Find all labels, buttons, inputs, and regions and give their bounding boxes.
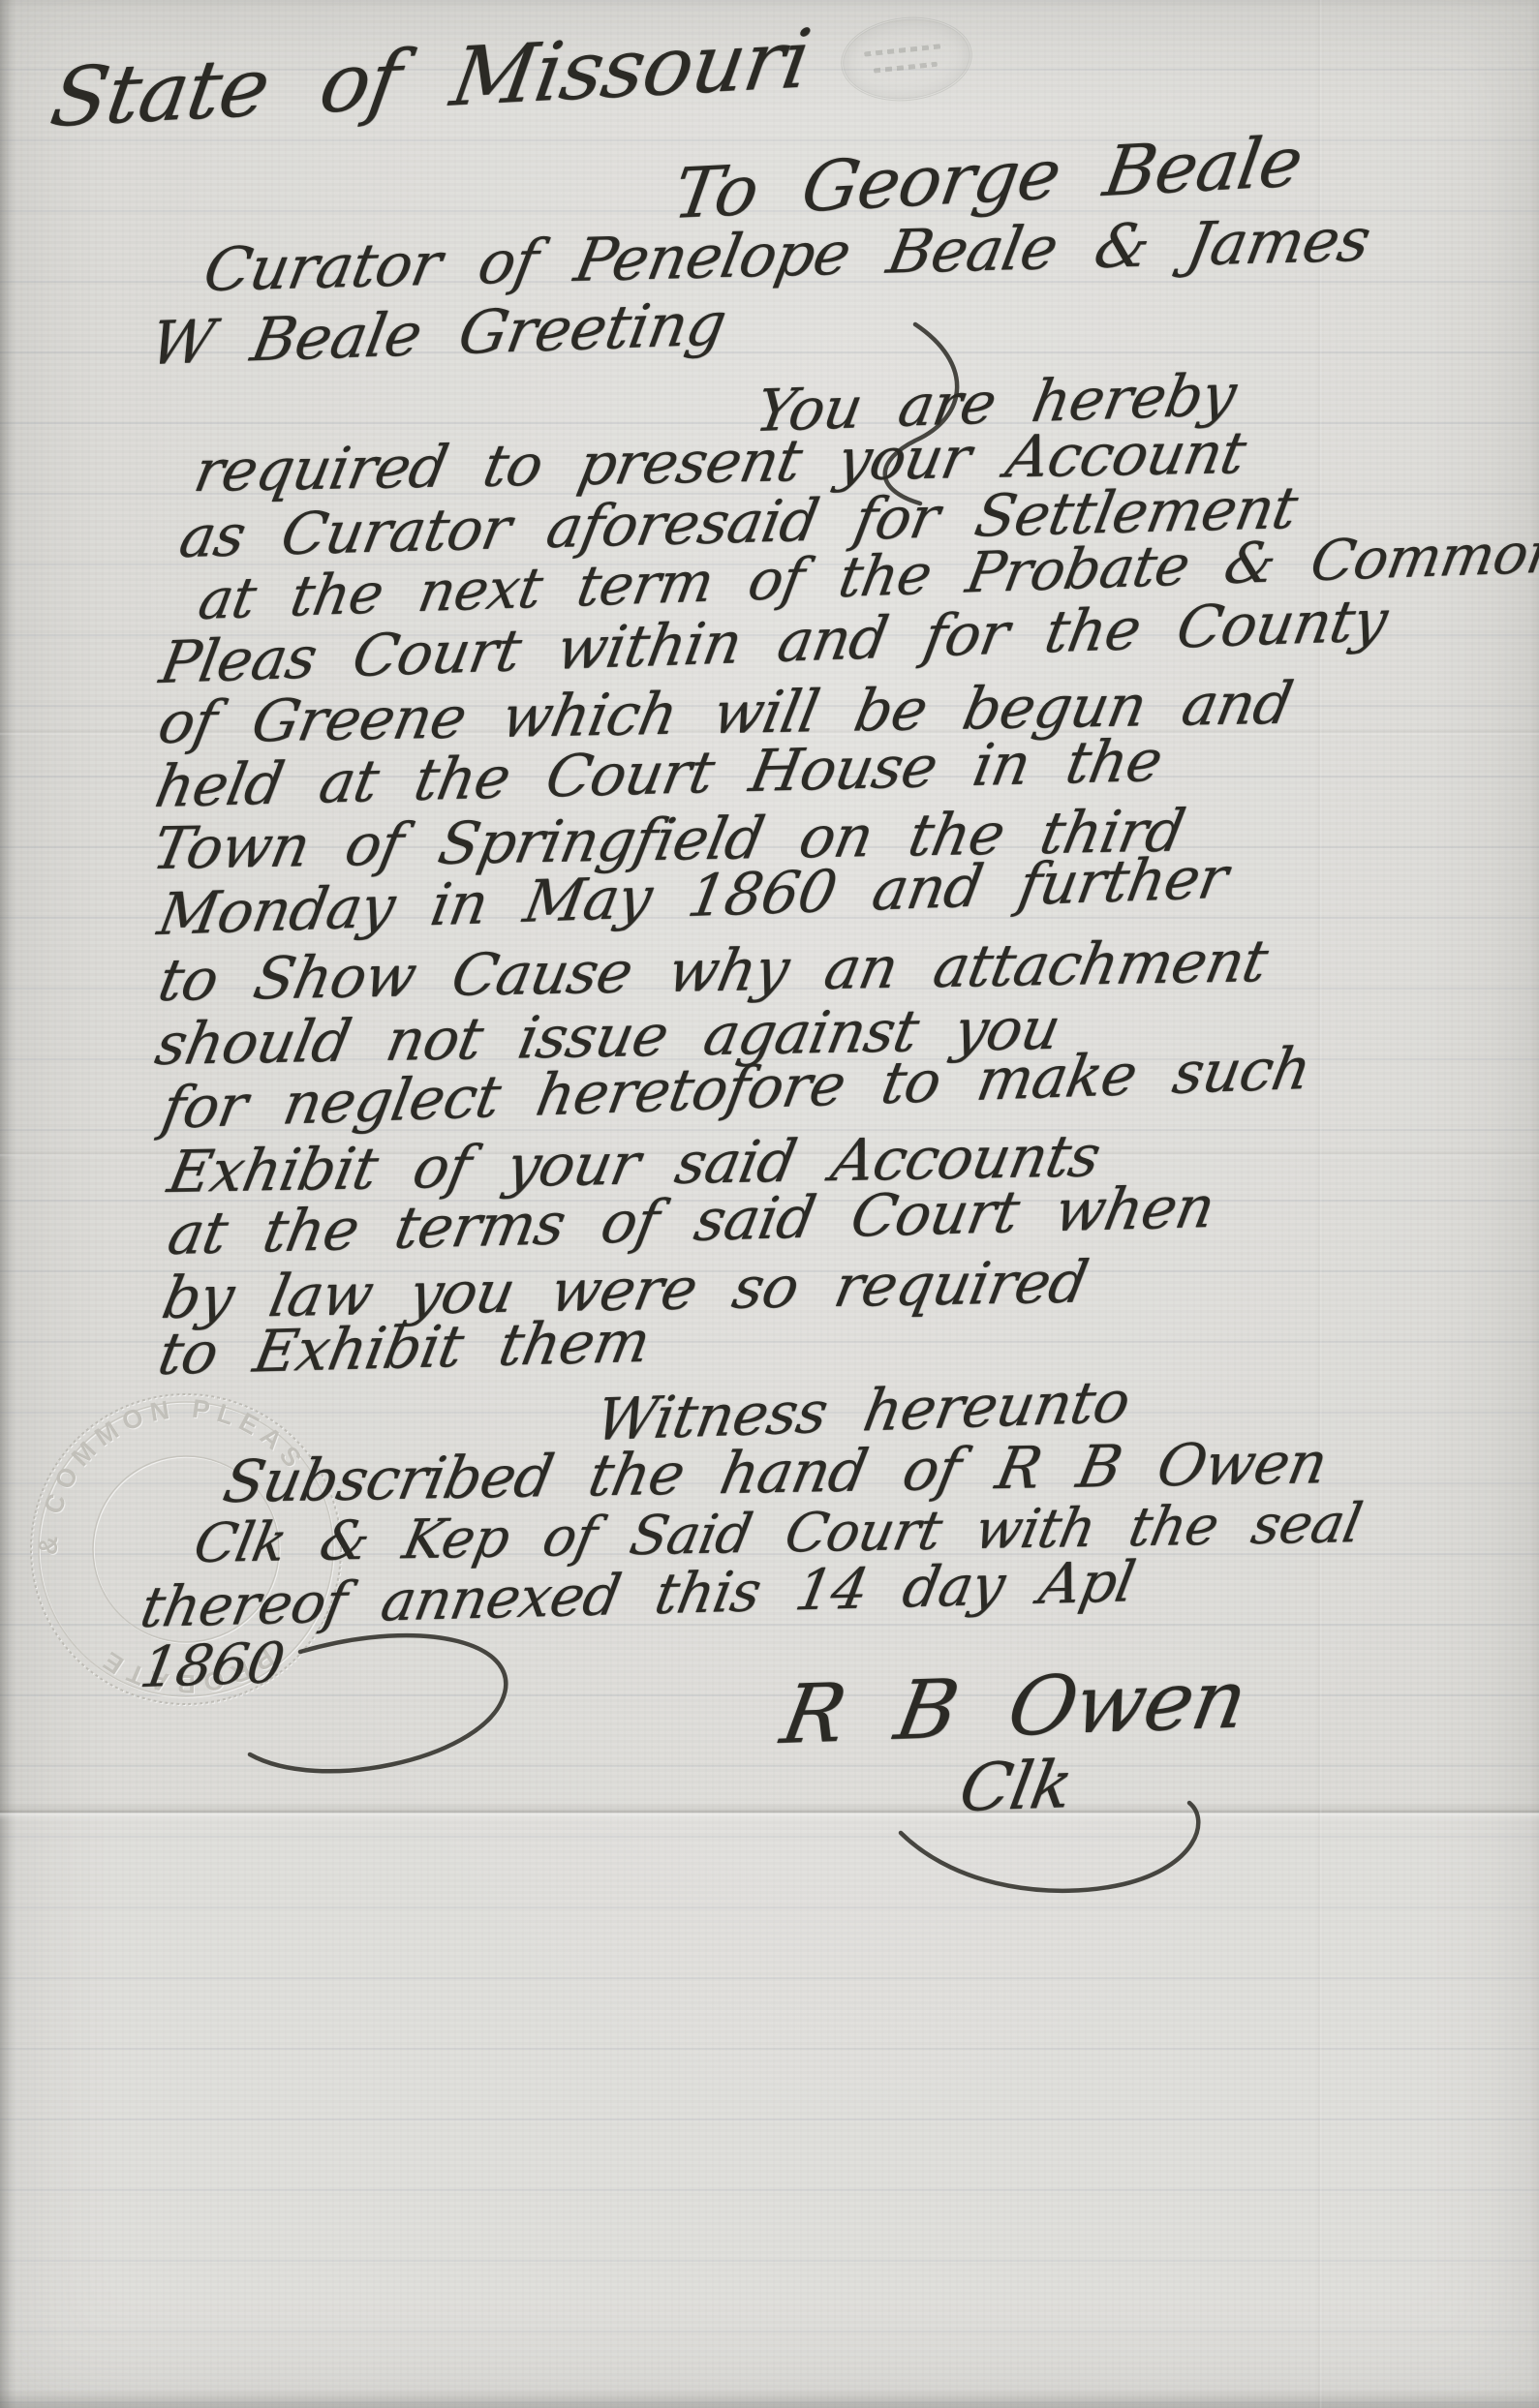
lower-blank-area — [0, 1813, 1539, 2408]
signature-title: Clk — [954, 1747, 1078, 1827]
fold-crease-vertical — [1317, 0, 1322, 2408]
signature: R B Owen — [775, 1652, 1253, 1762]
stamp-illegible-mark — [874, 62, 938, 74]
scan-edge-shadow-bottom — [0, 2389, 1539, 2408]
fold-crease-lower — [0, 1803, 1539, 1820]
year-line: 1860 — [136, 1630, 289, 1700]
handwriting-line: to Exhibit them — [153, 1308, 655, 1388]
document-page: & COMMON PLEAS PROBATE State of Missouri… — [0, 0, 1539, 2408]
scan-edge-shadow-left — [0, 0, 15, 2408]
stamp-illegible-mark — [864, 44, 945, 57]
